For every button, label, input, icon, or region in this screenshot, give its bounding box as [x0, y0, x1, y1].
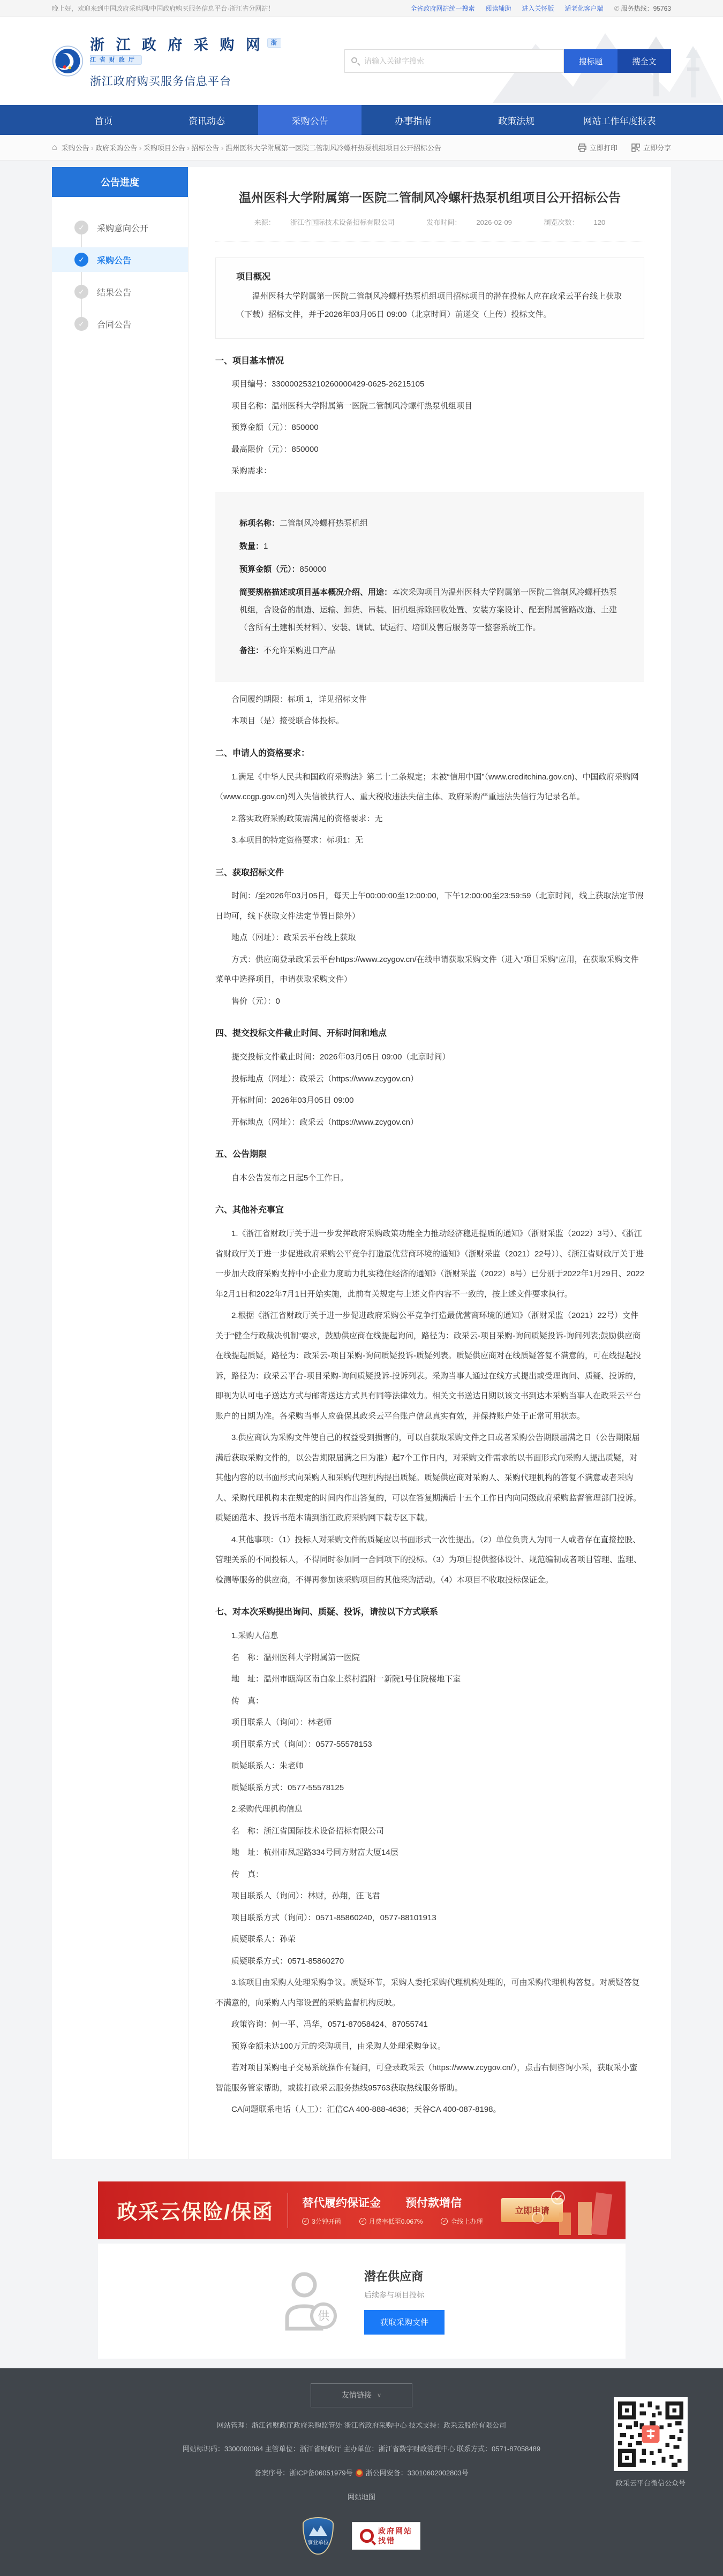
banner-decor-art — [527, 2186, 618, 2235]
page-title: 温州医科大学附属第一医院二管制风冷螺杆热泵机组项目公开招标公告 — [215, 188, 644, 207]
step-label: 采购意向公开 — [97, 222, 148, 234]
lot-detail-box: 标项名称：二管制风冷螺杆热泵机组数量：1预算金额（元）：850000简要规格描述… — [215, 492, 644, 682]
lot-detail-line: 数量：1 — [239, 537, 620, 555]
sidebar-step-采购意向公开[interactable]: ✓采购意向公开 — [52, 215, 188, 240]
article-paragraph: 投标地点（网址）：政采云（https://www.zcygov.cn） — [215, 1069, 644, 1089]
topbar-link-1[interactable]: 阅读辅助 — [486, 4, 511, 13]
article-paragraph: 地 址：温州市瓯海区南白象上蔡村温附一新院1号住院楼地下室 — [215, 1669, 644, 1689]
article-paragraph: 项目联系方式（询问）：0571-85860240，0577-88101913 — [215, 1908, 644, 1928]
search-bar: 搜标题 搜全文 — [344, 49, 671, 73]
article-paragraph: 2.根据《浙江省财政厅关于进一步促进政府采购公平竞争打造最优营商环境的通知》（浙… — [215, 1306, 644, 1426]
sidebar-step-采购公告[interactable]: ✓采购公告 — [52, 247, 188, 272]
logo-emblem-icon — [52, 41, 84, 81]
potential-supplier-box: 供 潜在供应商 后续参与项目投标 获取采购文件 — [98, 2244, 626, 2359]
article-paragraph: 质疑联系人：孙荣 — [215, 1929, 644, 1950]
supplier-subtitle: 后续参与项目投标 — [364, 2290, 445, 2300]
article-paragraph: 3.供应商认为采购文件使自己的权益受到损害的，可以自获取采购文件之日或者采购公告… — [215, 1428, 644, 1528]
sitemap-link[interactable]: 网站地图 — [0, 2492, 723, 2503]
beian-emblem-icon — [356, 2469, 363, 2477]
article-paragraph: 名 称：温州医科大学附属第一医院 — [215, 1648, 644, 1668]
gov-site-error-badge[interactable]: 政府网站找错 — [352, 2522, 420, 2550]
article-paragraph: 名 称：浙江省国际技术设备招标有限公司 — [215, 1821, 644, 1842]
check-circle-icon: ✓ — [359, 2218, 366, 2225]
zcy-insurance-banner[interactable]: 政采云保险/保函 替代履约保证金预付款增信 ✓3分钟开函✓月费率低至0.067%… — [98, 2181, 626, 2239]
step-label: 结果公告 — [97, 286, 131, 298]
meta-source: 来源：浙江省国际技术设备招标有限公司 — [247, 218, 402, 226]
sidebar-title: 公告进度 — [52, 167, 188, 197]
main-nav: 首页资讯动态采购公告办事指南政策法规网站工作年度报表 — [0, 105, 723, 135]
check-circle-icon: ✓ — [441, 2218, 448, 2225]
nav-item-首页[interactable]: 首页 — [52, 105, 155, 135]
article-paragraph: 本项目（是）接受联合体投标。 — [215, 711, 644, 731]
step-check-icon: ✓ — [74, 317, 88, 331]
breadcrumb-separator: › — [219, 144, 225, 152]
topbar-link-0[interactable]: 全省政府网站统一搜索 — [411, 4, 475, 13]
sidebar-step-结果公告[interactable]: ✓结果公告 — [52, 279, 188, 304]
svg-text:供: 供 — [318, 2309, 330, 2323]
topbar-links: 全省政府网站统一搜索阅读辅助进入关怀版适老化客户端✆服务热线：95763 — [411, 4, 672, 13]
topbar: 晚上好，欢迎来到中国政府采购网/中国政府购买服务信息平台·浙江省分网站！ 全省政… — [0, 0, 723, 17]
article-paragraph: 项目编号：330000253210260000429-0625-26215105 — [215, 374, 644, 395]
qr-caption: 政采云平台微信公众号 — [614, 2477, 688, 2488]
lot-detail-line: 预算金额（元）：850000 — [239, 560, 620, 578]
article-paragraph: 3.该项目由采购人处理采购争议。质疑环节，采购人委托采购代理机构处理的，可由采购… — [215, 1973, 644, 2013]
supplier-person-icon: 供 — [278, 2269, 338, 2333]
step-connector-line — [81, 229, 82, 325]
step-check-icon: ✓ — [74, 253, 88, 267]
topbar-link-3[interactable]: 适老化客户端 — [565, 4, 604, 13]
section-heading: 六、其他补充事宜 — [215, 1203, 644, 1218]
article-paragraph: 3.本项目的特定资格要求：标项1：无 — [215, 830, 644, 851]
site-footer: 友情链接∨ 网站管理：浙江省财政厅政府采购监管处 浙江省政府采购中心 技术支持：… — [0, 2368, 723, 2576]
lot-detail-line: 简要规格描述或项目基本概况介绍、用途：本次采购项目为温州医科大学附属第一医院二管… — [239, 584, 620, 637]
article-paragraph: 质疑联系人：朱老师 — [215, 1756, 644, 1776]
announcement-article: 温州医科大学附属第一医院二管制风冷螺杆热泵机组项目公开招标公告 来源：浙江省国际… — [189, 167, 671, 2159]
breadcrumb-separator: › — [137, 144, 144, 152]
banner-benefit-1: 预付款增信 — [405, 2194, 462, 2210]
article-paragraph: 质疑联系方式：0571-85860270 — [215, 1951, 644, 1972]
article-paragraph: CA问题联系电话（人工）：汇信CA 400-888-4636；天谷CA 400-… — [215, 2100, 644, 2120]
project-overview-box: 项目概况 温州医科大学附属第一医院二管制风冷螺杆热泵机组项目招标项目的潜在投标人… — [215, 257, 644, 339]
friendly-links-dropdown[interactable]: 友情链接∨ — [311, 2383, 412, 2407]
sidebar-step-合同公告[interactable]: ✓合同公告 — [52, 312, 188, 336]
print-button[interactable]: 立即打印 — [578, 142, 617, 153]
banner-feature-2: ✓全线上办理 — [441, 2217, 483, 2226]
nav-item-网站工作年度报表[interactable]: 网站工作年度报表 — [568, 105, 671, 135]
icp-number[interactable]: 备案序号：浙ICP备06051979号 — [254, 2469, 353, 2477]
error-finder-magnifier-icon — [360, 2529, 374, 2543]
share-button[interactable]: 立即分享 — [631, 142, 671, 153]
nav-item-资讯动态[interactable]: 资讯动态 — [155, 105, 259, 135]
search-icon — [351, 57, 357, 63]
article-paragraph: 2.落实政府采购政策需满足的资格要求：无 — [215, 809, 644, 829]
service-hotline: ✆服务热线：95763 — [614, 4, 671, 13]
institution-badge[interactable]: 事业单位 — [303, 2517, 334, 2555]
article-paragraph: 预算金额未达100万元的采购项目，由采购人处理采购争议。 — [215, 2036, 644, 2057]
section-heading: 五、公告期限 — [215, 1147, 644, 1163]
overview-title: 项目概况 — [236, 270, 623, 282]
article-paragraph: 采购需求： — [215, 461, 644, 481]
banner-feature-0: ✓3分钟开函 — [302, 2217, 341, 2226]
progress-sidebar: 公告进度 ✓采购意向公开✓采购公告✓结果公告✓合同公告 — [52, 167, 189, 2159]
site-logo[interactable]: 浙 江 政 府 采 购 网浙江省财政厅 浙江政府购买服务信息平台 — [52, 33, 283, 89]
supplier-title: 潜在供应商 — [364, 2268, 445, 2284]
site-name: 浙 江 政 府 采 购 网浙江省财政厅 — [90, 33, 283, 71]
section-heading: 七、对本次采购提出询问、质疑、投诉，请按以下方式联系 — [215, 1605, 644, 1620]
check-circle-icon: ✓ — [302, 2218, 309, 2225]
article-paragraph: 1.采购人信息 — [215, 1626, 644, 1646]
qr-share-icon — [631, 143, 640, 152]
get-procurement-docs-button[interactable]: 获取采购文件 — [364, 2310, 445, 2335]
section-heading: 三、获取招标文件 — [215, 866, 644, 881]
meta-pubtime: 发布时间：2026-02-09 — [419, 218, 519, 226]
article-paragraph: 若对项目采购电子交易系统操作有疑问，可登录政采云（https://www.zcy… — [215, 2058, 644, 2098]
article-paragraph: 最高限价（元）：850000 — [215, 440, 644, 460]
home-icon[interactable]: ⌂ — [52, 143, 57, 153]
search-title-button[interactable]: 搜标题 — [564, 49, 617, 73]
banner-divider — [288, 2193, 288, 2228]
breadcrumb-item-1[interactable]: 政府采购公告 — [95, 144, 137, 152]
search-input[interactable] — [364, 57, 563, 65]
site-header: 浙 江 政 府 采 购 网浙江省财政厅 浙江政府购买服务信息平台 搜标题 搜全文 — [0, 17, 723, 105]
article-paragraph: 预算金额（元）：850000 — [215, 418, 644, 438]
article-paragraph: 项目联系人（询问）：林财，孙翔，汪飞君 — [215, 1886, 644, 1906]
article-paragraph: 传 真： — [215, 1865, 644, 1885]
article-paragraph: 自本公告发布之日起5个工作日。 — [215, 1168, 644, 1188]
article-paragraph: 项目联系方式（询问）：0577-55578153 — [215, 1734, 644, 1755]
meta-views: 浏览次数：120 — [537, 218, 613, 226]
chevron-down-icon: ∨ — [377, 2392, 381, 2399]
step-label: 采购公告 — [97, 254, 131, 266]
breadcrumb: ⌂ 采购公告 › 政府采购公告 › 采购项目公告 › 招标公告 › 温州医科大学… — [52, 142, 441, 153]
article-paragraph: 地点（网址）：政采云平台线上获取 — [215, 928, 644, 948]
article-paragraph: 地 址：杭州市凤起路334号同方财富大厦14层 — [215, 1843, 644, 1863]
article-paragraph: 4.其他事项：（1）投标人对采购文件的质疑应以书面形式一次性提出。（2）单位负责… — [215, 1530, 644, 1590]
banner-title: 政采云保险/保函 — [117, 2195, 274, 2225]
breadcrumb-item-2[interactable]: 采购项目公告 — [144, 144, 185, 152]
article-paragraph: 1.满足《中华人民共和国政府采购法》第二十二条规定；未被“信用中国”（www.c… — [215, 767, 644, 807]
breadcrumb-separator: › — [185, 144, 192, 152]
article-meta: 来源：浙江省国际技术设备招标有限公司 发布时间：2026-02-09 浏览次数：… — [215, 217, 644, 227]
article-paragraph: 方式：供应商登录政采云平台https://www.zcygov.cn/在线申请获… — [215, 950, 644, 990]
article-paragraph: 开标时间：2026年03月05日 09:00 — [215, 1090, 644, 1111]
institution-badge-mountain-icon — [309, 2525, 327, 2536]
lot-detail-line: 备注：不允许采购进口产品 — [239, 642, 620, 660]
step-label: 合同公告 — [97, 318, 131, 330]
overview-body: 温州医科大学附属第一医院二管制风冷螺杆热泵机组项目招标项目的潜在投标人应在政采云… — [236, 287, 623, 324]
article-paragraph: 政策咨询：何一平、冯华，0571-87058424、87055741 — [215, 2014, 644, 2035]
banner-benefit-0: 替代履约保证金 — [302, 2194, 381, 2210]
article-paragraph: 提交投标文件截止时间：2026年03月05日 09:00（北京时间） — [215, 1047, 644, 1067]
breadcrumb-item-4: 温州医科大学附属第一医院二管制风冷螺杆热泵机组项目公开招标公告 — [225, 144, 441, 152]
lot-detail-line: 标项名称：二管制风冷螺杆热泵机组 — [239, 514, 620, 532]
printer-icon — [578, 143, 586, 152]
article-paragraph: 开标地点（网址）：政采云（https://www.zcygov.cn） — [215, 1112, 644, 1133]
nav-item-政策法规[interactable]: 政策法规 — [465, 105, 568, 135]
article-paragraph: 1.《浙江省财政厅关于进一步发挥政府采购政策功能全力推动经济稳进提质的通知》（浙… — [215, 1224, 644, 1304]
article-paragraph: 项目联系人（询问）：林老师 — [215, 1713, 644, 1733]
breadcrumb-item-3[interactable]: 招标公告 — [191, 144, 219, 152]
phone-icon: ✆ — [614, 5, 620, 12]
article-paragraph: 质疑联系方式：0577-55578125 — [215, 1778, 644, 1798]
page-card: 公告进度 ✓采购意向公开✓采购公告✓结果公告✓合同公告 温州医科大学附属第一医院… — [52, 167, 671, 2159]
article-paragraph: 传 真： — [215, 1691, 644, 1711]
breadcrumb-bar: ⌂ 采购公告 › 政府采购公告 › 采购项目公告 › 招标公告 › 温州医科大学… — [0, 135, 723, 161]
site-subname: 浙江政府购买服务信息平台 — [90, 73, 283, 89]
divider — [215, 241, 644, 241]
article-paragraph: 合同履约期限：标项 1，详见招标文件 — [215, 690, 644, 710]
nav-item-办事指南[interactable]: 办事指南 — [361, 105, 465, 135]
article-paragraph: 项目名称：温州医科大学附属第一医院二管制风冷螺杆热泵机组项目 — [215, 396, 644, 416]
breadcrumb-item-0[interactable]: 采购公告 — [62, 144, 89, 152]
article-paragraph: 时间：/至2026年03月05日，每天上午00:00:00至12:00:00，下… — [215, 886, 644, 926]
greeting-text: 晚上好，欢迎来到中国政府采购网/中国政府购买服务信息平台·浙江省分网站！ — [52, 4, 274, 13]
section-heading: 二、申请人的资格要求： — [215, 746, 644, 762]
topbar-link-2[interactable]: 进入关怀版 — [522, 4, 554, 13]
security-number[interactable]: 浙公网安备：33010602002803号 — [366, 2469, 469, 2477]
section-heading: 一、项目基本情况 — [215, 354, 644, 369]
step-check-icon: ✓ — [74, 285, 88, 299]
search-fulltext-button[interactable]: 搜全文 — [617, 49, 671, 73]
section-heading: 四、提交投标文件截止时间、开标时间和地点 — [215, 1026, 644, 1042]
article-paragraph: 售价（元）：0 — [215, 991, 644, 1012]
qr-code — [614, 2397, 688, 2471]
breadcrumb-separator: › — [89, 144, 96, 152]
article-paragraph: 2.采购代理机构信息 — [215, 1799, 644, 1820]
banner-feature-1: ✓月费率低至0.067% — [359, 2217, 423, 2226]
nav-item-采购公告[interactable]: 采购公告 — [258, 105, 361, 135]
wechat-qr-block: 政采云平台微信公众号 — [614, 2397, 688, 2488]
step-check-icon: ✓ — [74, 221, 88, 234]
